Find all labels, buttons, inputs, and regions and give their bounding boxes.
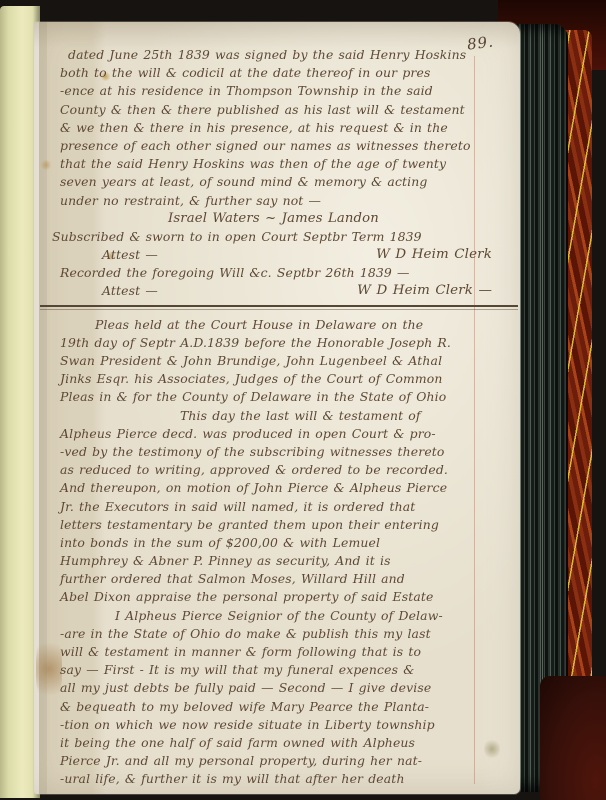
manuscript-line: say — First - It is my will that my fune…: [60, 661, 500, 679]
manuscript-line: 19th day of Septr A.D.1839 before the Ho…: [60, 334, 500, 352]
manuscript-line: Jr. the Executors in said will named, it…: [60, 498, 500, 516]
manuscript-text: dated June 25th 1839 was signed by the s…: [60, 46, 500, 789]
manuscript-line: -ence at his residence in Thompson Towns…: [60, 82, 500, 100]
manuscript-line: -ural life, & further it is my will that…: [60, 770, 500, 788]
manuscript-line: under no restraint, & further say not —: [60, 192, 500, 210]
manuscript-line: dated June 25th 1839 was signed by the s…: [60, 46, 500, 64]
manuscript-line: Jinks Esqr. his Associates, Judges of th…: [60, 370, 500, 388]
attest-line: Attest — W D Heim Clerk —: [60, 282, 500, 300]
manuscript-line: seven years at least, of sound mind & me…: [60, 173, 500, 191]
manuscript-line: both to the will & codicil at the date t…: [60, 64, 500, 82]
section-divider-rule: [40, 305, 518, 310]
manuscript-line: & bequeath to my beloved wife Mary Pearc…: [60, 698, 500, 716]
book-cover-bottom: [540, 676, 606, 800]
manuscript-line: Humphrey & Abner P. Pinney as security, …: [60, 552, 500, 570]
manuscript-line: & we then & there in his presence, at hi…: [60, 119, 500, 137]
book-photo: 89. dated June 25th 1839 was signed by t…: [0, 0, 606, 800]
manuscript-line: Pleas held at the Court House in Delawar…: [60, 316, 500, 334]
manuscript-line: it being the one half of said farm owned…: [60, 734, 500, 752]
manuscript-line: And thereupon, on motion of John Pierce …: [60, 479, 500, 497]
paper-stain: [40, 160, 52, 170]
manuscript-line: further ordered that Salmon Moses, Willa…: [60, 570, 500, 588]
manuscript-line: I Alpheus Pierce Seignior of the County …: [60, 607, 500, 625]
attest-label: Attest —: [102, 282, 158, 300]
manuscript-line: Swan President & John Brundige, John Lug…: [60, 352, 500, 370]
manuscript-line: -tion on which we now reside situate in …: [60, 716, 500, 734]
manuscript-line: Pleas in & for the County of Delaware in…: [60, 388, 500, 406]
clerk-signature: W D Heim Clerk: [376, 246, 492, 264]
attest-label: Attest —: [102, 246, 158, 264]
manuscript-line: as reduced to writing, approved & ordere…: [60, 461, 500, 479]
manuscript-line: Alpheus Pierce decd. was produced in ope…: [60, 425, 500, 443]
manuscript-line: Subscribed & sworn to in open Court Sept…: [52, 228, 500, 246]
manuscript-line: letters testamentary be granted them upo…: [60, 516, 500, 534]
manuscript-line: that the said Henry Hoskins was then of …: [60, 155, 500, 173]
manuscript-line: presence of each other signed our names …: [60, 137, 500, 155]
ledger-page: 89. dated June 25th 1839 was signed by t…: [34, 22, 520, 794]
manuscript-line: Pierce Jr. and all my personal property,…: [60, 752, 500, 770]
attest-line: Attest — W D Heim Clerk: [60, 246, 500, 264]
manuscript-line: all my just debts be fully paid — Second…: [60, 679, 500, 697]
manuscript-line: into bonds in the sum of $200,00 & with …: [60, 534, 500, 552]
witness-signatures: Israel Waters ~ James Landon: [60, 210, 500, 228]
manuscript-line: Recorded the foregoing Will &c. Septbr 2…: [60, 264, 500, 282]
manuscript-line: County & then & there published as his l…: [60, 101, 500, 119]
paper-stain: [36, 634, 62, 704]
manuscript-line: This day the last will & testament of: [60, 407, 500, 425]
manuscript-line: Abel Dixon appraise the personal propert…: [60, 588, 500, 606]
clerk-signature: W D Heim Clerk —: [357, 282, 492, 300]
manuscript-line: will & testament in manner & form follow…: [60, 643, 500, 661]
manuscript-line: -ved by the testimony of the subscribing…: [60, 443, 500, 461]
manuscript-line: -are in the State of Ohio do make & publ…: [60, 625, 500, 643]
